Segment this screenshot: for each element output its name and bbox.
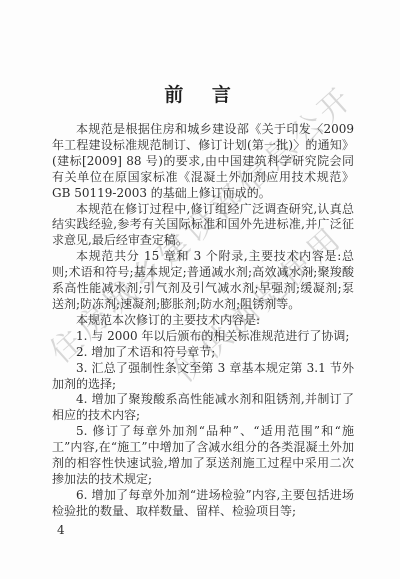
paragraph: 本规范是根据住房和城乡建设部《关于印发〈2009 年工程建设标准规范制订、修订计…	[52, 122, 354, 202]
paragraph: 本规范在修订过程中,修订组经广泛调查研究,认真总结实践经验,参考有关国际标准和国…	[52, 202, 354, 250]
paragraph: 本规范共分 15 章和 3 个附录,主要技术内容是:总则;术语和符号;基本规定;…	[52, 249, 354, 313]
paragraph: 5. 修订了每章外加剂“品种”、“适用范围”和“施工”内容,在“施工”中增加了含…	[52, 424, 354, 488]
page-title: 前 言	[0, 80, 400, 107]
paragraph: 6. 增加了每章外加剂“进场检验”内容,主要包括进场检验批的数量、取样数量、留样…	[52, 488, 354, 520]
paragraph: 本规范本次修订的主要技术内容是:	[52, 313, 354, 329]
paragraph: 1. 与 2000 年以后颁布的相关标准规范进行了协调;	[52, 329, 354, 345]
paragraph: 4. 增加了聚羧酸系高性能减水剂和阻锈剂,并制订了相应的技术内容;	[52, 392, 354, 424]
body-text: 本规范是根据住房和城乡建设部《关于印发〈2009 年工程建设标准规范制订、修订计…	[52, 122, 354, 520]
document-page: 住房城乡建设部信息公开 仅供浏览使用 前 言 本规范是根据住房和城乡建设部《关于…	[0, 0, 400, 579]
paragraph: 2. 增加了术语和符号章节;	[52, 345, 354, 361]
paragraph: 3. 汇总了强制性条文至第 3 章基本规定第 3.1 节外加剂的选择;	[52, 361, 354, 393]
page-number: 4	[57, 523, 65, 537]
